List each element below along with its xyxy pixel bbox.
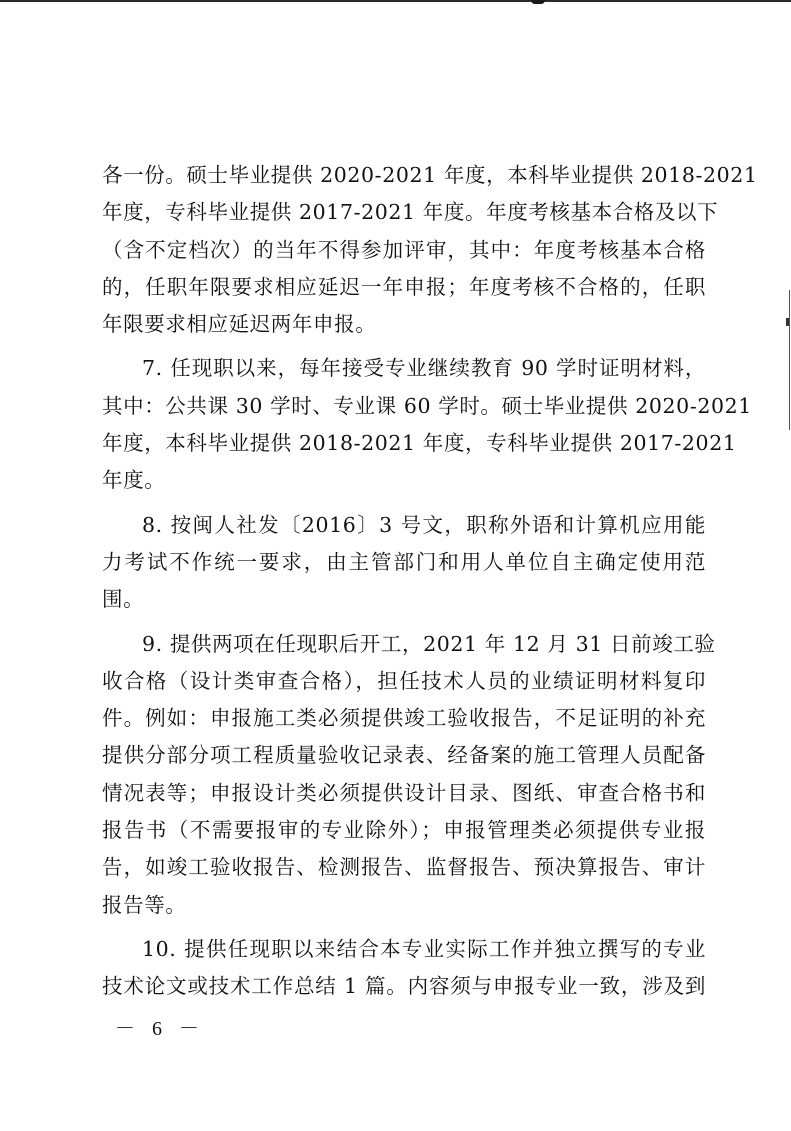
text-line: 年度，本科毕业提供 2018-2021 年度，专科毕业提供 2017-2021 xyxy=(102,425,706,462)
text-line: 10. 提供任现职以来结合本专业实际工作并独立撰写的专业 xyxy=(102,931,706,968)
page-number: － 6 － xyxy=(115,1012,205,1041)
text-line: 年限要求相应延迟两年申报。 xyxy=(102,306,706,343)
text-line: 其中：公共课 30 学时、专业课 60 学时。硕士毕业提供 2020-2021 xyxy=(102,388,706,425)
paragraph-item-10: 10. 提供任现职以来结合本专业实际工作并独立撰写的专业 技术论文或技术工作总结… xyxy=(102,931,706,1006)
text-line: 收合格（设计类审查合格），担任技术人员的业绩证明材料复印 xyxy=(102,663,706,700)
paragraph-item-9: 9. 提供两项在任现职后开工，2021 年 12 月 31 日前竣工验 收合格（… xyxy=(102,626,706,924)
text-line: 力考试不作统一要求，由主管部门和用人单位自主确定使用范 xyxy=(102,544,706,581)
scan-right-edge xyxy=(789,290,790,430)
text-line: 7. 任现职以来，每年接受专业继续教育 90 学时证明材料， xyxy=(102,350,706,387)
scan-top-edge xyxy=(0,0,791,2)
paragraph-item-7: 7. 任现职以来，每年接受专业继续教育 90 学时证明材料， 其中：公共课 30… xyxy=(102,350,706,499)
text-line: 报告等。 xyxy=(102,887,706,924)
text-line: 告，如竣工验收报告、检测报告、监督报告、预决算报告、审计 xyxy=(102,849,706,886)
text-line: 围。 xyxy=(102,581,706,618)
scan-right-mark xyxy=(786,318,789,326)
scan-binding-mark xyxy=(531,0,545,4)
text-line: 情况表等；申报设计类必须提供设计目录、图纸、审查合格书和 xyxy=(102,775,706,812)
text-line: 9. 提供两项在任现职后开工，2021 年 12 月 31 日前竣工验 xyxy=(102,626,706,663)
paragraph-item-8: 8. 按闽人社发〔2016〕3 号文，职称外语和计算机应用能 力考试不作统一要求… xyxy=(102,507,706,619)
text-line: 年度。 xyxy=(102,462,706,499)
text-line: 各一份。硕士毕业提供 2020-2021 年度，本科毕业提供 2018-2021 xyxy=(102,157,706,194)
text-line: 技术论文或技术工作总结 1 篇。内容须与申报专业一致，涉及到 xyxy=(102,968,706,1005)
text-line: 年度，专科毕业提供 2017-2021 年度。年度考核基本合格及以下 xyxy=(102,194,706,231)
text-line: （含不定档次）的当年不得参加评审，其中：年度考核基本合格 xyxy=(102,232,706,269)
text-line: 8. 按闽人社发〔2016〕3 号文，职称外语和计算机应用能 xyxy=(102,507,706,544)
text-line: 提供分部分项工程质量验收记录表、经备案的施工管理人员配备 xyxy=(102,737,706,774)
text-line: 件。例如：申报施工类必须提供竣工验收报告，不足证明的补充 xyxy=(102,700,706,737)
document-body: 各一份。硕士毕业提供 2020-2021 年度，本科毕业提供 2018-2021… xyxy=(102,157,706,1006)
text-line: 报告书（不需要报审的专业除外）；申报管理类必须提供专业报 xyxy=(102,812,706,849)
text-line: 的，任职年限要求相应延迟一年申报；年度考核不合格的，任职 xyxy=(102,269,706,306)
paragraph-continued: 各一份。硕士毕业提供 2020-2021 年度，本科毕业提供 2018-2021… xyxy=(102,157,706,343)
